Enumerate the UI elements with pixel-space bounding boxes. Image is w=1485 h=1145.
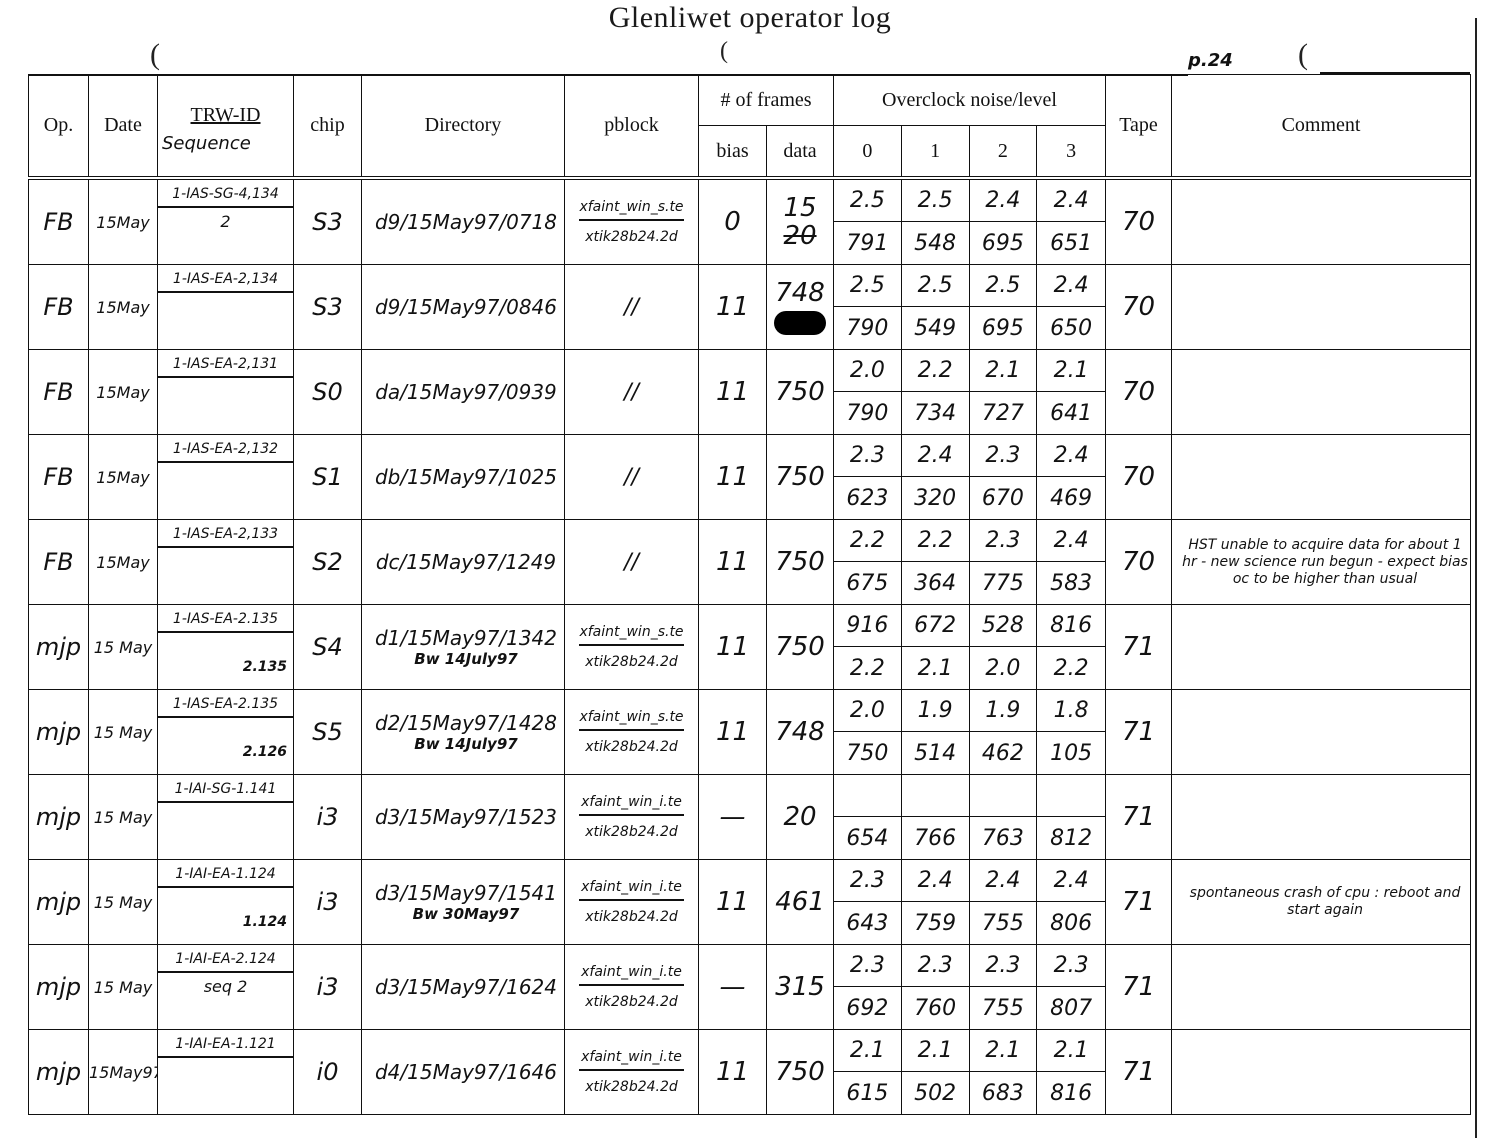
bias-frames-cell: 11	[699, 860, 767, 945]
log-title: Glenliwet operator log	[600, 0, 900, 36]
binding-mark: (	[720, 38, 728, 65]
overclock-top-value: 2.4	[1037, 265, 1105, 307]
overclock-top-value	[834, 775, 902, 817]
bias-frames-cell: 11	[699, 1030, 767, 1115]
operator-cell: mjp	[29, 945, 89, 1030]
sequence-value	[158, 293, 293, 319]
tape-cell: 71	[1106, 945, 1172, 1030]
pblock-timing-file: xtik28b24.2d	[565, 901, 698, 925]
overclock-bottom-value: 105	[1037, 732, 1105, 774]
pblock-cell: xfaint_win_i.textik28b24.2d	[565, 945, 699, 1030]
sequence-value	[158, 548, 293, 574]
tape-cell: 71	[1106, 690, 1172, 775]
col-header-trw-id: TRW-ID Sequence	[158, 75, 294, 179]
comment-cell	[1172, 435, 1471, 520]
overclock-cell: 2.32.42.42.4643759755806	[834, 860, 1106, 945]
operator-cell: FB	[29, 520, 89, 605]
operator-cell: mjp	[29, 860, 89, 945]
sequence-value	[158, 718, 293, 744]
directory-value: d3/15May97/1541	[375, 881, 557, 905]
date-cell: 15May	[89, 435, 158, 520]
overclock-top-value: 2.4	[1037, 435, 1105, 477]
directory-note: Bw 30May97	[368, 905, 564, 923]
date-cell: 15May	[89, 520, 158, 605]
overclock-top-value: 2.1	[1037, 350, 1105, 392]
col-header-bias: bias	[699, 126, 767, 179]
table-row: mjp 15 May 1-IAS-EA-2.135 2.126 S5 d2/15…	[29, 690, 1471, 775]
data-frames-value: 315	[775, 973, 825, 1001]
data-frames-value: 750	[775, 463, 825, 491]
overclock-bottom-value: 320	[902, 477, 970, 519]
overclock-bottom-value: 692	[834, 987, 902, 1029]
pblock-cell: xfaint_win_s.textik28b24.2d	[565, 690, 699, 775]
overclock-top-value: 2.3	[834, 435, 902, 477]
sequence-value: seq 2	[158, 973, 293, 999]
trw-id-value: 1-IAS-EA-2,132	[158, 435, 293, 463]
sequence-value	[158, 1058, 293, 1084]
col-header-pblock: pblock	[565, 75, 699, 179]
bias-frames-cell: 11	[699, 435, 767, 520]
overclock-bottom-value: 775	[970, 562, 1038, 604]
overclock-bottom-value: 364	[902, 562, 970, 604]
overclock-bottom-value: 790	[834, 307, 902, 349]
overclock-top-value: 2.2	[902, 350, 970, 392]
page-edge	[1475, 18, 1477, 1138]
tape-cell: 70	[1106, 520, 1172, 605]
chip-cell: S4	[294, 605, 362, 690]
data-frames-cell: 20	[767, 775, 834, 860]
directory-cell: d3/15May97/1624	[362, 945, 565, 1030]
comment-cell: spontaneous crash of cpu : reboot and st…	[1172, 860, 1471, 945]
chip-cell: S1	[294, 435, 362, 520]
trw-id-value: 1-IAI-EA-2.124	[158, 945, 293, 973]
comment-cell	[1172, 690, 1471, 775]
table-row: FB 15May 1-IAS-SG-4,134 2 S3 d9/15May97/…	[29, 178, 1471, 265]
bias-frames-cell: 11	[699, 605, 767, 690]
overclock-top-value: 2.4	[970, 180, 1038, 222]
comment-cell	[1172, 945, 1471, 1030]
date-cell: 15 May	[89, 605, 158, 690]
data-frames-value: 748	[775, 718, 825, 746]
data-frames-value: 750	[775, 378, 825, 406]
overclock-bottom-value: 766	[902, 817, 970, 859]
table-row: FB 15May 1-IAS-EA-2,133 S2 dc/15May97/12…	[29, 520, 1471, 605]
overclock-bottom-value: 623	[834, 477, 902, 519]
overclock-bottom-value: 675	[834, 562, 902, 604]
col-header-oc-levels: 0 1 2 3	[834, 126, 1106, 179]
data-frames-value: 750	[775, 548, 825, 576]
oc-level-1: 1	[902, 126, 970, 176]
date-cell: 15 May	[89, 690, 158, 775]
overclock-bottom-value: 763	[970, 817, 1038, 859]
sequence-value	[158, 378, 293, 404]
binding-mark: (	[1298, 38, 1308, 72]
overclock-top-value: 2.0	[834, 350, 902, 392]
operator-cell: FB	[29, 265, 89, 350]
trw-id-value: 1-IAS-EA-2,133	[158, 520, 293, 548]
pblock-cell: xfaint_win_i.textik28b24.2d	[565, 1030, 699, 1115]
tape-cell: 71	[1106, 860, 1172, 945]
operator-cell: mjp	[29, 690, 89, 775]
pblock-window-file: xfaint_win_s.te	[579, 709, 684, 731]
directory-cell: d9/15May97/0846	[362, 265, 565, 350]
bias-frames-cell: 0	[699, 178, 767, 265]
directory-cell: da/15May97/0939	[362, 350, 565, 435]
col-header-overclock: Overclock noise/level	[834, 75, 1106, 126]
chip-cell: S3	[294, 265, 362, 350]
trw-id-cell: 1-IAS-EA-2,132	[158, 435, 294, 520]
operator-cell: mjp	[29, 605, 89, 690]
directory-cell: d1/15May97/1342 Bw 14July97	[362, 605, 565, 690]
trw-id-cell: 1-IAS-EA-2,131	[158, 350, 294, 435]
col-header-op: Op.	[29, 75, 89, 179]
comment-cell: HST unable to acquire data for about 1 h…	[1172, 520, 1471, 605]
oc-level-0: 0	[834, 126, 902, 176]
overclock-cell: 2.22.22.32.4675364775583	[834, 520, 1106, 605]
table-row: mjp 15 May 1-IAI-EA-2.124 seq 2 i3 d3/15…	[29, 945, 1471, 1030]
overclock-top-value: 1.9	[902, 690, 970, 732]
overclock-bottom-value: 641	[1037, 392, 1105, 434]
table-row: FB 15May 1-IAS-EA-2,132 S1 db/15May97/10…	[29, 435, 1471, 520]
operator-cell: FB	[29, 435, 89, 520]
directory-value: d9/15May97/0718	[375, 210, 557, 234]
trw-id-cell: 1-IAS-SG-4,134 2	[158, 178, 294, 265]
overclock-top-value	[1037, 775, 1105, 817]
pblock-window-file: xfaint_win_i.te	[579, 879, 684, 901]
overclock-bottom-value: 812	[1037, 817, 1105, 859]
directory-value: d2/15May97/1428	[375, 711, 557, 735]
tape-cell: 70	[1106, 435, 1172, 520]
overclock-bottom-value: 695	[970, 222, 1038, 264]
comment-cell	[1172, 605, 1471, 690]
directory-value: d9/15May97/0846	[375, 295, 557, 319]
pblock-window-file: xfaint_win_s.te	[579, 199, 684, 221]
trw-id-value: 1-IAS-EA-2,134	[158, 265, 293, 293]
overclock-top-value: 2.1	[834, 1030, 902, 1072]
ditto-mark: //	[565, 380, 698, 405]
page-number: p.24	[1188, 50, 1233, 71]
operator-cell: FB	[29, 350, 89, 435]
ditto-mark: //	[565, 295, 698, 320]
pblock-cell: //	[565, 265, 699, 350]
overclock-bottom-value: 695	[970, 307, 1038, 349]
ink-blot	[774, 311, 826, 335]
oc-level-3: 3	[1037, 126, 1105, 176]
bias-frames-cell: 11	[699, 520, 767, 605]
trw-id-value: 1-IAS-EA-2.135	[158, 690, 293, 718]
operator-cell: mjp	[29, 775, 89, 860]
overclock-top-value: 2.4	[1037, 180, 1105, 222]
directory-cell: d9/15May97/0718	[362, 178, 565, 265]
overclock-bottom-value: 615	[834, 1072, 902, 1114]
directory-value: d3/15May97/1624	[375, 975, 557, 999]
pblock-timing-file: xtik28b24.2d	[565, 646, 698, 670]
overclock-bottom-value: 2.2	[1037, 647, 1105, 689]
overclock-cell: 9166725288162.22.12.02.2	[834, 605, 1106, 690]
chip-cell: S2	[294, 520, 362, 605]
overclock-bottom-value: 650	[1037, 307, 1105, 349]
directory-cell: d4/15May97/1646	[362, 1030, 565, 1115]
trw-id-value: 1-IAI-SG-1.141	[158, 775, 293, 803]
pblock-timing-file: xtik28b24.2d	[565, 986, 698, 1010]
date-cell: 15May97	[89, 1030, 158, 1115]
overclock-top-value: 2.1	[970, 1030, 1038, 1072]
sequence-value: 2	[158, 208, 293, 234]
data-frames-value: 461	[775, 888, 825, 916]
directory-value: db/15May97/1025	[375, 465, 557, 489]
data-frames-value: 748	[775, 279, 825, 307]
trw-id-cell: 1-IAS-EA-2.135 2.135	[158, 605, 294, 690]
overclock-cell: 2.32.42.32.4623320670469	[834, 435, 1106, 520]
ditto-mark: //	[565, 465, 698, 490]
chip-cell: i3	[294, 775, 362, 860]
bias-frames-cell: —	[699, 945, 767, 1030]
overclock-cell: 2.12.12.12.1615502683816	[834, 1030, 1106, 1115]
bias-frames-cell: —	[699, 775, 767, 860]
data-frames-cell: 750	[767, 435, 834, 520]
comment-cell	[1172, 178, 1471, 265]
directory-cell: db/15May97/1025	[362, 435, 565, 520]
operator-log-table: Op. Date TRW-ID Sequence chip Directory …	[28, 74, 1471, 1115]
data-frames-value: 15	[783, 194, 816, 222]
sequence-value	[158, 888, 293, 914]
overclock-top-value: 672	[902, 605, 970, 647]
pblock-timing-file: xtik28b24.2d	[565, 221, 698, 245]
tape-cell: 70	[1106, 265, 1172, 350]
chip-cell: i3	[294, 860, 362, 945]
data-frames-cell: 750	[767, 520, 834, 605]
overclock-top-value: 2.2	[834, 520, 902, 562]
trw-id-correction: 2.126	[158, 744, 293, 760]
overclock-top-value: 2.5	[834, 180, 902, 222]
directory-value: d4/15May97/1646	[375, 1060, 557, 1084]
overclock-bottom-value: 759	[902, 902, 970, 944]
overclock-bottom-value: 790	[834, 392, 902, 434]
pblock-cell: //	[565, 350, 699, 435]
overclock-top-value: 2.4	[1037, 520, 1105, 562]
overclock-top-value: 2.4	[902, 435, 970, 477]
pblock-cell: xfaint_win_i.textik28b24.2d	[565, 775, 699, 860]
data-frames-cell: 748	[767, 690, 834, 775]
col-header-date: Date	[89, 75, 158, 179]
trw-id-cell: 1-IAS-EA-2,134	[158, 265, 294, 350]
directory-cell: d3/15May97/1541 Bw 30May97	[362, 860, 565, 945]
col-header-directory: Directory	[362, 75, 565, 179]
overclock-top-value: 2.1	[1037, 1030, 1105, 1072]
data-frames-value: 750	[775, 633, 825, 661]
pblock-window-file: xfaint_win_i.te	[579, 794, 684, 816]
overclock-top-value: 2.5	[970, 265, 1038, 307]
overclock-cell: 2.52.52.42.4791548695651	[834, 178, 1106, 265]
trw-id-cell: 1-IAS-EA-2,133	[158, 520, 294, 605]
pblock-window-file: xfaint_win_i.te	[579, 964, 684, 986]
pblock-timing-file: xtik28b24.2d	[565, 731, 698, 755]
data-frames-cell: 315	[767, 945, 834, 1030]
overclock-top-value: 2.5	[902, 265, 970, 307]
overclock-bottom-value: 670	[970, 477, 1038, 519]
overclock-top-value: 2.3	[970, 435, 1038, 477]
pblock-cell: //	[565, 520, 699, 605]
data-frames-cell: 1520	[767, 178, 834, 265]
bias-frames-cell: 11	[699, 690, 767, 775]
trw-id-cell: 1-IAI-EA-2.124 seq 2	[158, 945, 294, 1030]
date-cell: 15May	[89, 350, 158, 435]
overclock-bottom-value: 791	[834, 222, 902, 264]
overclock-bottom-value: 643	[834, 902, 902, 944]
overclock-bottom-value: 734	[902, 392, 970, 434]
overclock-top-value: 2.2	[902, 520, 970, 562]
overclock-bottom-value: 755	[970, 987, 1038, 1029]
directory-cell: d2/15May97/1428 Bw 14July97	[362, 690, 565, 775]
overclock-top-value: 528	[970, 605, 1038, 647]
trw-id-cell: 1-IAI-EA-1.121	[158, 1030, 294, 1115]
overclock-cell: 654766763812	[834, 775, 1106, 860]
table-row: mjp 15 May 1-IAI-SG-1.141 i3 d3/15May97/…	[29, 775, 1471, 860]
overclock-bottom-value: 502	[902, 1072, 970, 1114]
overclock-bottom-value: 2.0	[970, 647, 1038, 689]
overclock-top-value: 2.3	[834, 860, 902, 902]
overclock-bottom-value: 462	[970, 732, 1038, 774]
pblock-timing-file: xtik28b24.2d	[565, 816, 698, 840]
table-row: mjp 15 May 1-IAS-EA-2.135 2.135 S4 d1/15…	[29, 605, 1471, 690]
table-row: FB 15May 1-IAS-EA-2,134 S3 d9/15May97/08…	[29, 265, 1471, 350]
overclock-top-value: 2.0	[834, 690, 902, 732]
tape-cell: 70	[1106, 178, 1172, 265]
date-cell: 15 May	[89, 945, 158, 1030]
date-cell: 15 May	[89, 860, 158, 945]
date-cell: 15May	[89, 178, 158, 265]
col-header-tape: Tape	[1106, 75, 1172, 179]
overclock-top-value: 2.4	[902, 860, 970, 902]
operator-cell: mjp	[29, 1030, 89, 1115]
date-cell: 15 May	[89, 775, 158, 860]
trw-id-cell: 1-IAI-EA-1.124 1.124	[158, 860, 294, 945]
data-frames-value: 750	[775, 1058, 825, 1086]
overclock-top-value: 916	[834, 605, 902, 647]
overclock-bottom-value: 727	[970, 392, 1038, 434]
overclock-bottom-value: 514	[902, 732, 970, 774]
overclock-top-value: 2.5	[902, 180, 970, 222]
chip-cell: i3	[294, 945, 362, 1030]
overclock-cell: 2.01.91.91.8750514462105	[834, 690, 1106, 775]
comment-cell	[1172, 350, 1471, 435]
ditto-mark: //	[565, 550, 698, 575]
chip-cell: S0	[294, 350, 362, 435]
sequence-value	[158, 633, 293, 659]
overclock-bottom-value: 583	[1037, 562, 1105, 604]
overclock-top-value: 2.5	[834, 265, 902, 307]
overclock-bottom-value: 2.2	[834, 647, 902, 689]
bias-frames-cell: 11	[699, 265, 767, 350]
col-header-chip: chip	[294, 75, 362, 179]
pblock-timing-file: xtik28b24.2d	[565, 1071, 698, 1095]
overclock-top-value: 2.3	[834, 945, 902, 987]
binding-mark: (	[150, 38, 160, 72]
data-frames-cell: 748	[767, 265, 834, 350]
comment-cell	[1172, 265, 1471, 350]
overclock-top-value: 2.1	[970, 350, 1038, 392]
overclock-cell: 2.52.52.52.4790549695650	[834, 265, 1106, 350]
overclock-cell: 2.32.32.32.3692760755807	[834, 945, 1106, 1030]
overclock-top-value: 1.9	[970, 690, 1038, 732]
data-frames-cell: 750	[767, 605, 834, 690]
pblock-cell: xfaint_win_s.textik28b24.2d	[565, 605, 699, 690]
overclock-bottom-value: 683	[970, 1072, 1038, 1114]
log-body: FB 15May 1-IAS-SG-4,134 2 S3 d9/15May97/…	[29, 178, 1471, 1115]
overclock-top-value	[970, 775, 1038, 817]
trw-id-correction: 2.135	[158, 659, 293, 675]
overclock-bottom-value: 816	[1037, 1072, 1105, 1114]
trw-id-value: 1-IAS-EA-2.135	[158, 605, 293, 633]
overclock-bottom-value: 807	[1037, 987, 1105, 1029]
directory-note: Bw 14July97	[368, 735, 564, 753]
sequence-label: Sequence	[158, 133, 293, 154]
pblock-cell: xfaint_win_s.textik28b24.2d	[565, 178, 699, 265]
directory-cell: dc/15May97/1249	[362, 520, 565, 605]
comment-cell	[1172, 775, 1471, 860]
overclock-bottom-value: 2.1	[902, 647, 970, 689]
date-cell: 15May	[89, 265, 158, 350]
directory-value: d1/15May97/1342	[375, 626, 557, 650]
trw-id-cell: 1-IAI-SG-1.141	[158, 775, 294, 860]
chip-cell: S5	[294, 690, 362, 775]
overclock-bottom-value: 760	[902, 987, 970, 1029]
overclock-cell: 2.02.22.12.1790734727641	[834, 350, 1106, 435]
comment-cell	[1172, 1030, 1471, 1115]
col-header-frames: # of frames	[699, 75, 834, 126]
overclock-bottom-value: 806	[1037, 902, 1105, 944]
overclock-bottom-value: 549	[902, 307, 970, 349]
oc-level-2: 2	[970, 126, 1038, 176]
directory-value: dc/15May97/1249	[376, 550, 556, 574]
overclock-top-value	[902, 775, 970, 817]
overclock-top-value: 2.4	[1037, 860, 1105, 902]
trw-id-value: 1-IAS-EA-2,131	[158, 350, 293, 378]
overclock-top-value: 2.4	[970, 860, 1038, 902]
overclock-bottom-value: 755	[970, 902, 1038, 944]
data-frames-cell: 461	[767, 860, 834, 945]
overclock-bottom-value: 651	[1037, 222, 1105, 264]
chip-cell: i0	[294, 1030, 362, 1115]
tape-cell: 71	[1106, 775, 1172, 860]
directory-value: d3/15May97/1523	[375, 805, 557, 829]
overclock-top-value: 2.3	[970, 520, 1038, 562]
tape-cell: 71	[1106, 1030, 1172, 1115]
trw-id-cell: 1-IAS-EA-2.135 2.126	[158, 690, 294, 775]
pblock-window-file: xfaint_win_s.te	[579, 624, 684, 646]
tape-cell: 71	[1106, 605, 1172, 690]
overclock-top-value: 2.3	[902, 945, 970, 987]
directory-value: da/15May97/0939	[375, 380, 557, 404]
overclock-bottom-value: 548	[902, 222, 970, 264]
directory-cell: d3/15May97/1523	[362, 775, 565, 860]
chip-cell: S3	[294, 178, 362, 265]
overclock-top-value: 816	[1037, 605, 1105, 647]
struck-value: 20	[783, 222, 816, 250]
overclock-top-value: 1.8	[1037, 690, 1105, 732]
overclock-bottom-value: 654	[834, 817, 902, 859]
data-frames-cell: 750	[767, 1030, 834, 1115]
col-header-comment: Comment	[1172, 75, 1471, 179]
data-frames-cell: 750	[767, 350, 834, 435]
directory-note: Bw 14July97	[368, 650, 564, 668]
data-frames-value: 20	[783, 803, 816, 831]
pblock-cell: //	[565, 435, 699, 520]
overclock-top-value: 2.3	[1037, 945, 1105, 987]
table-row: mjp 15 May 1-IAI-EA-1.124 1.124 i3 d3/15…	[29, 860, 1471, 945]
pblock-cell: xfaint_win_i.textik28b24.2d	[565, 860, 699, 945]
trw-id-value: 1-IAS-SG-4,134	[158, 180, 293, 208]
